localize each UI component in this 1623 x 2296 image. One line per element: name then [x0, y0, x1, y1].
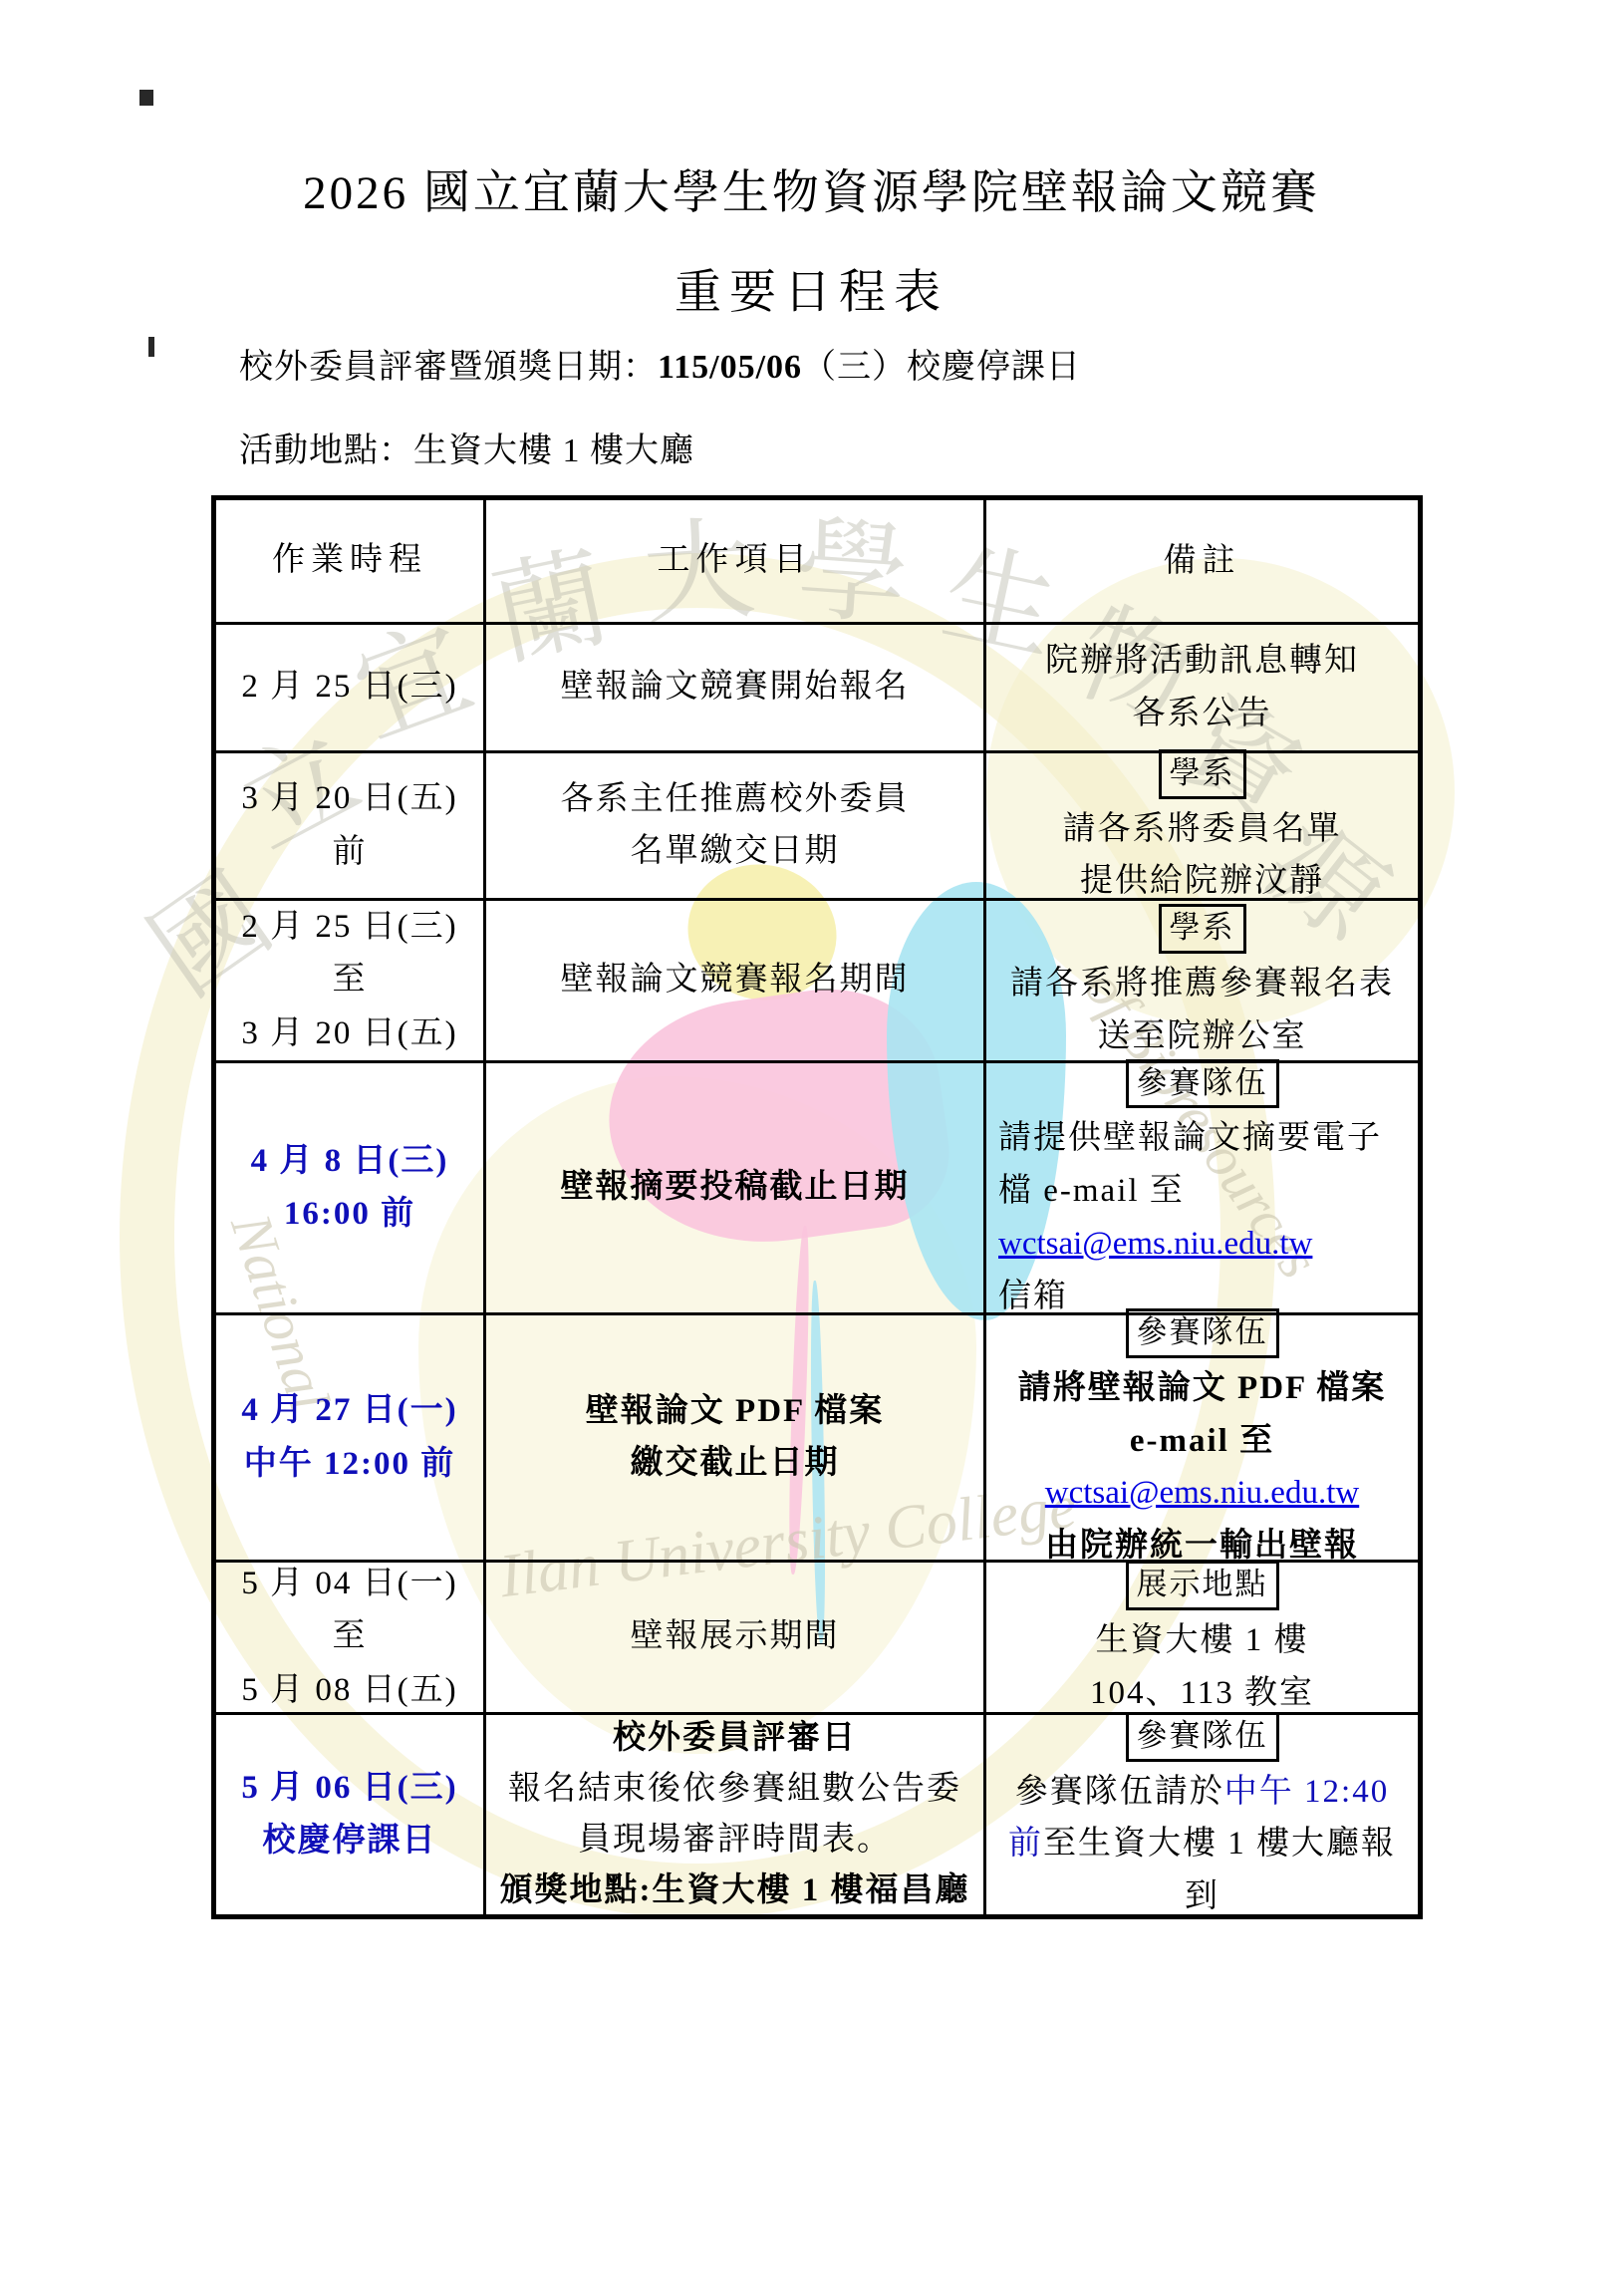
- work-item-cell: 壁報論文 PDF 檔案繳交截止日期: [486, 1315, 986, 1560]
- audience-tag: 參賽隊伍: [1126, 1059, 1279, 1109]
- schedule-time-cell: 2 月 25 日(三)至3 月 20 日(五): [216, 901, 486, 1060]
- remark-cell: 學系請各系將委員名單提供給院辦汶靜: [986, 753, 1418, 898]
- work-item-text: 壁報論文 PDF 檔案: [498, 1386, 971, 1437]
- table-row: 3 月 20 日(五)前各系主任推薦校外委員名單繳交日期學系請各系將委員名單提供…: [216, 753, 1418, 901]
- schedule-time-text: 校慶停課日: [228, 1815, 471, 1867]
- judging-date-value: 115/05/06: [658, 349, 802, 386]
- schedule-time-cell: 3 月 20 日(五)前: [216, 753, 486, 898]
- work-item-cell: 各系主任推薦校外委員名單繳交日期: [486, 753, 986, 898]
- work-item-cell: 校外委員評審日報名結束後依參賽組數公告委員現場審評時間表。頒獎地點:生資大樓 1…: [486, 1715, 986, 1914]
- work-item-text: 各系主任推薦校外委員: [498, 774, 971, 825]
- schedule-time-text: 5 月 06 日(三): [228, 1762, 471, 1815]
- work-item-cell: 壁報論文競賽開始報名: [486, 625, 986, 750]
- work-item-text: 報名結束後依參賽組數公告委: [498, 1764, 971, 1815]
- judging-date-prefix: 校外委員評審暨頒獎日期：: [239, 349, 658, 386]
- schedule-time-text: 3 月 20 日(五)前: [228, 772, 471, 879]
- remark-text: 提供給院辦汶靜: [1080, 863, 1324, 899]
- schedule-time-text: 5 月 08 日(五): [228, 1664, 471, 1717]
- header-work-item: 工作項目: [486, 500, 986, 622]
- work-item-cell: 壁報論文競賽報名期間: [486, 901, 986, 1060]
- work-item-text: 頒獎地點:生資大樓 1 樓福昌廳: [498, 1865, 971, 1916]
- email-link[interactable]: wctsai@ems.niu.edu.tw: [1045, 1475, 1359, 1511]
- schedule-time-text: 4 月 27 日(一): [228, 1384, 471, 1437]
- work-item-text: 繳交截止日期: [498, 1438, 971, 1489]
- table-row: 4 月 27 日(一)中午 12:00 前壁報論文 PDF 檔案繳交截止日期參賽…: [216, 1315, 1418, 1563]
- schedule-time-cell: 5 月 06 日(三)校慶停課日: [216, 1715, 486, 1914]
- venue-line: 活動地點：生資大樓 1 樓大廳: [239, 423, 694, 471]
- document-subtitle: 重要日程表: [0, 255, 1623, 322]
- audience-tag: 學系: [1159, 749, 1246, 799]
- remark-text: 請各系將委員名單: [1063, 811, 1342, 847]
- table-row: 5 月 06 日(三)校慶停課日校外委員評審日報名結束後依參賽組數公告委員現場審…: [216, 1715, 1418, 1914]
- schedule-time-text: 至: [228, 954, 471, 1006]
- remark-text: 至生資大樓 1 樓大廳報: [1043, 1826, 1396, 1862]
- remark-text: 送至院辦公室: [1098, 1018, 1307, 1054]
- work-item-text: 員現場審評時間表。: [498, 1815, 971, 1865]
- table-row: 2 月 25 日(三)至3 月 20 日(五)壁報論文競賽報名期間學系請各系將推…: [216, 901, 1418, 1063]
- work-item-text: 校外委員評審日: [498, 1713, 971, 1764]
- judging-date-suffix: （三）校慶停課日: [802, 349, 1081, 386]
- header-remark: 備註: [986, 500, 1418, 622]
- work-item-text: 壁報摘要投稿截止日期: [498, 1162, 971, 1213]
- work-item-text: 壁報論文競賽報名期間: [498, 955, 971, 1005]
- remark-text: e-mail 至: [1130, 1423, 1274, 1459]
- email-link[interactable]: wctsai@ems.niu.edu.tw: [998, 1226, 1312, 1262]
- table-row: 4 月 8 日(三)16:00 前壁報摘要投稿截止日期參賽隊伍請提供壁報論文摘要…: [216, 1063, 1418, 1315]
- table-row: 2 月 25 日(三)壁報論文競賽開始報名院辦將活動訊息轉知各系公告: [216, 625, 1418, 753]
- remark-text: 中午 12:40: [1224, 1774, 1389, 1810]
- header-schedule-time: 作業時程: [216, 500, 486, 622]
- schedule-time-text: 2 月 25 日(三): [228, 661, 471, 714]
- remark-text: 檔 e-mail 至: [998, 1173, 1185, 1209]
- remark-text: 生資大樓 1 樓: [1096, 1622, 1309, 1658]
- schedule-time-text: 2 月 25 日(三): [228, 901, 471, 954]
- remark-text: 院辦將活動訊息轉知: [1045, 643, 1359, 679]
- remark-text: 由院辦統一輸出壁報: [1045, 1528, 1359, 1564]
- remark-text: 到: [1185, 1878, 1219, 1914]
- remark-text: 請各系將推薦參賽報名表: [1010, 966, 1394, 1002]
- schedule-time-text: 5 月 04 日(一): [228, 1558, 471, 1610]
- scan-artifact: [148, 337, 154, 357]
- work-item-text: 名單繳交日期: [498, 826, 971, 877]
- remark-text: 104、113 教室: [1090, 1675, 1314, 1711]
- work-item-cell: 壁報摘要投稿截止日期: [486, 1063, 986, 1312]
- table-row: 5 月 04 日(一)至5 月 08 日(五)壁報展示期間展示地點生資大樓 1 …: [216, 1563, 1418, 1715]
- document-page: 國立宜蘭大學生物資源 National Ilan University Coll…: [0, 0, 1623, 2296]
- work-item-cell: 壁報展示期間: [486, 1563, 986, 1712]
- audience-tag: 展示地點: [1126, 1561, 1279, 1610]
- remark-cell: 參賽隊伍參賽隊伍請於中午 12:40前至生資大樓 1 樓大廳報到: [986, 1715, 1418, 1914]
- document-title: 2026 國立宜蘭大學生物資源學院壁報論文競賽: [0, 155, 1623, 222]
- schedule-time-text: 3 月 20 日(五): [228, 1007, 471, 1060]
- judging-date-line: 校外委員評審暨頒獎日期：115/05/06（三）校慶停課日: [239, 339, 1081, 388]
- schedule-table: 作業時程 工作項目 備註 2 月 25 日(三)壁報論文競賽開始報名院辦將活動訊…: [211, 495, 1423, 1919]
- schedule-time-text: 中午 12:00 前: [228, 1438, 471, 1491]
- remark-cell: 參賽隊伍請提供壁報論文摘要電子檔 e-mail 至wctsai@ems.niu.…: [986, 1063, 1418, 1312]
- remark-text: 前: [1008, 1826, 1043, 1862]
- remark-text: 請提供壁報論文摘要電子: [998, 1120, 1382, 1156]
- work-item-text: 壁報論文競賽開始報名: [498, 662, 971, 713]
- schedule-time-cell: 4 月 27 日(一)中午 12:00 前: [216, 1315, 486, 1560]
- table-header-row: 作業時程 工作項目 備註: [216, 500, 1418, 625]
- remark-text: 各系公告: [1133, 696, 1272, 731]
- audience-tag: 參賽隊伍: [1126, 1308, 1279, 1358]
- schedule-time-cell: 2 月 25 日(三): [216, 625, 486, 750]
- remark-cell: 展示地點生資大樓 1 樓104、113 教室: [986, 1563, 1418, 1712]
- remark-text: 請將壁報論文 PDF 檔案: [1018, 1370, 1386, 1406]
- scan-artifact: [139, 90, 153, 106]
- audience-tag: 學系: [1159, 904, 1246, 954]
- schedule-time-text: 至: [228, 1610, 471, 1663]
- schedule-time-cell: 4 月 8 日(三)16:00 前: [216, 1063, 486, 1312]
- remark-cell: 學系請各系將推薦參賽報名表送至院辦公室: [986, 901, 1418, 1060]
- schedule-time-text: 16:00 前: [228, 1188, 471, 1241]
- remark-cell: 院辦將活動訊息轉知各系公告: [986, 625, 1418, 750]
- audience-tag: 參賽隊伍: [1126, 1712, 1279, 1762]
- remark-text: 參賽隊伍請於: [1015, 1774, 1224, 1810]
- schedule-time-cell: 5 月 04 日(一)至5 月 08 日(五): [216, 1563, 486, 1712]
- schedule-time-text: 4 月 8 日(三): [228, 1135, 471, 1188]
- work-item-text: 壁報展示期間: [498, 1611, 971, 1662]
- remark-cell: 參賽隊伍請將壁報論文 PDF 檔案e-mail 至wctsai@ems.niu.…: [986, 1315, 1418, 1560]
